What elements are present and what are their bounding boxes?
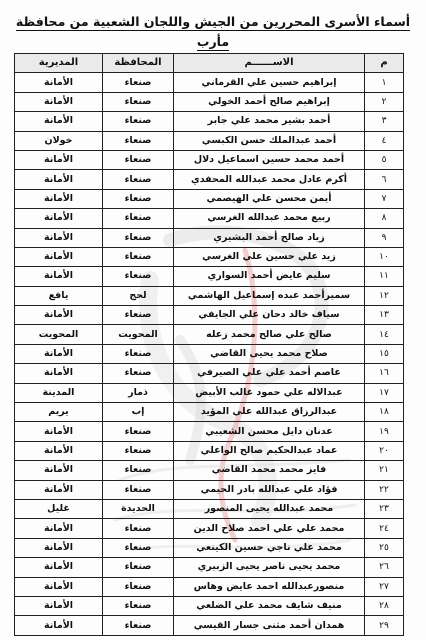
cell-governorate: صنعاء [103, 596, 174, 615]
cell-governorate: صنعاء [103, 616, 174, 635]
cell-number: ١٥ [365, 344, 404, 363]
cell-governorate: صنعاء [103, 577, 174, 596]
table-row: ١٧عبدالاله علي حمود غالب الأبيضذمارالمدي… [15, 383, 404, 402]
cell-governorate: صنعاء [103, 112, 174, 131]
cell-name: صلاح محمد يحيى القاضي [174, 344, 365, 363]
cell-district: الأمانة [15, 170, 103, 189]
cell-governorate: صنعاء [103, 150, 174, 169]
cell-district: الأمانة [15, 92, 103, 111]
cell-governorate: صنعاء [103, 306, 174, 325]
cell-district: الأمانة [15, 577, 103, 596]
cell-number: ٢٧ [365, 577, 404, 596]
cell-district: الأمانة [15, 461, 103, 480]
cell-district: الأمانة [15, 441, 103, 460]
document-title-text: أسماء الأسرى المحررين من الجيش واللجان ا… [16, 14, 410, 51]
cell-district: الأمانة [15, 228, 103, 247]
cell-name: سليم عايض أحمد السواري [174, 267, 365, 286]
cell-number: ٨ [365, 209, 404, 228]
table-row: ١١سليم عايض أحمد السواريصنعاءالأمانة [15, 267, 404, 286]
cell-name: منصورعبدالله احمد عايض وهاس [174, 577, 365, 596]
table-row: ١٢سميرأحمد عبده إسماعيل الهاشميلحجيافع [15, 286, 404, 305]
cell-name: فؤاد علي عبدالله بادر الحيمي [174, 480, 365, 499]
cell-district: الأمانة [15, 306, 103, 325]
cell-governorate: صنعاء [103, 558, 174, 577]
cell-district: الأمانة [15, 596, 103, 615]
cell-number: ١٢ [365, 286, 404, 305]
cell-number: ٢٢ [365, 480, 404, 499]
cell-district: الأمانة [15, 209, 103, 228]
cell-number: ٢٤ [365, 519, 404, 538]
table-row: ٢٥محمد علي ناجي حسين الكينعيصنعاءالأمانة [15, 538, 404, 557]
table-row: ١٦عاصم أحمد علي علي الصيرفيصنعاءالأمانة [15, 364, 404, 383]
cell-district: الأمانة [15, 519, 103, 538]
cell-name: محمد علي علي احمد صلاح الدين [174, 519, 365, 538]
table-row: ٢٩همدان أحمد مثنى جسار القيسيصنعاءالأمان… [15, 616, 404, 635]
cell-name: إبراهيم صالح أحمد الخولي [174, 92, 365, 111]
cell-name: عبدالاله علي حمود غالب الأبيض [174, 383, 365, 402]
cell-governorate: صنعاء [103, 519, 174, 538]
cell-district: الأمانة [15, 480, 103, 499]
column-header-number: م [365, 54, 404, 73]
cell-number: ٢ [365, 92, 404, 111]
cell-name: عاصم أحمد علي علي الصيرفي [174, 364, 365, 383]
cell-district: يريم [15, 403, 103, 422]
table-row: ٢إبراهيم صالح أحمد الخوليصنعاءالأمانة [15, 92, 404, 111]
cell-number: ٧ [365, 189, 404, 208]
cell-name: زيد علي حسين علي الغرسي [174, 247, 365, 266]
cell-district: خولان [15, 131, 103, 150]
table-row: ٦أكرم عادل محمد عبدالله المحفديصنعاءالأم… [15, 170, 404, 189]
cell-governorate: لحج [103, 286, 174, 305]
table-row: ١٤صالح علي صالح محمد زعلهالمحويتالمحويت [15, 325, 404, 344]
cell-name: أحمد محمد حسين اسماعيل دلال [174, 150, 365, 169]
table-row: ٢٣محمد عبدالله يحيى المنصورالحديدةغليل [15, 499, 404, 518]
cell-name: ربيع محمد عبدالله الغرسي [174, 209, 365, 228]
cell-number: ٢١ [365, 461, 404, 480]
cell-name: عدنان دايل محسن الشعيبي [174, 422, 365, 441]
cell-name: محمد يحيى ناصر يحيى الزبيري [174, 558, 365, 577]
cell-governorate: صنعاء [103, 538, 174, 557]
table-row: ٧أيمن محسن علي الهيصميصنعاءالأمانة [15, 189, 404, 208]
cell-governorate: صنعاء [103, 228, 174, 247]
cell-district: الأمانة [15, 558, 103, 577]
table-row: ٩زياد صالح أحمد البشيريصنعاءالأمانة [15, 228, 404, 247]
prisoners-table: م الاســــــم المحافظة المديرية ١إبراهيم… [14, 53, 404, 636]
cell-governorate: صنعاء [103, 170, 174, 189]
table-row: ١إبراهيم حسين علي القرمانيصنعاءالأمانة [15, 73, 404, 92]
cell-name: عماد عبدالحكيم صالح الواعلي [174, 441, 365, 460]
table-row: ١٨عبدالرزاق عبدالله علي المؤيدإبيريم [15, 403, 404, 422]
cell-name: محمد عبدالله يحيى المنصور [174, 499, 365, 518]
cell-governorate: صنعاء [103, 441, 174, 460]
cell-governorate: ذمار [103, 383, 174, 402]
cell-district: الأمانة [15, 538, 103, 557]
cell-name: همدان أحمد مثنى جسار القيسي [174, 616, 365, 635]
cell-number: ٢٠ [365, 441, 404, 460]
cell-district: الأمانة [15, 189, 103, 208]
table-row: ٢٢فؤاد علي عبدالله بادر الحيميصنعاءالأما… [15, 480, 404, 499]
table-row: ٣أحمد بشير محمد علي جابرصنعاءالأمانة [15, 112, 404, 131]
cell-name: أحمد عبدالملك حسن الكبسي [174, 131, 365, 150]
cell-number: ٢٩ [365, 616, 404, 635]
cell-number: ١٨ [365, 403, 404, 422]
cell-governorate: صنعاء [103, 73, 174, 92]
cell-number: ١١ [365, 267, 404, 286]
table-header-row: م الاســــــم المحافظة المديرية [15, 54, 404, 73]
cell-district: الأمانة [15, 422, 103, 441]
column-header-name: الاســــــم [174, 54, 365, 73]
table-row: ١٣سياف خالد دحان علي الجايفيصنعاءالأمانة [15, 306, 404, 325]
cell-number: ٦ [365, 170, 404, 189]
cell-district: الأمانة [15, 73, 103, 92]
cell-governorate: صنعاء [103, 92, 174, 111]
table-row: ٤أحمد عبدالملك حسن الكبسيصنعاءخولان [15, 131, 404, 150]
cell-name: صالح علي صالح محمد زعله [174, 325, 365, 344]
cell-governorate: الحديدة [103, 499, 174, 518]
column-header-governorate: المحافظة [103, 54, 174, 73]
cell-number: ٢٦ [365, 558, 404, 577]
cell-governorate: صنعاء [103, 131, 174, 150]
table-row: ٨ربيع محمد عبدالله الغرسيصنعاءالأمانة [15, 209, 404, 228]
table-row: ٢١فايز محمد محمد القاضيصنعاءالأمانة [15, 461, 404, 480]
cell-name: سياف خالد دحان علي الجايفي [174, 306, 365, 325]
cell-name: عبدالرزاق عبدالله علي المؤيد [174, 403, 365, 422]
cell-governorate: صنعاء [103, 364, 174, 383]
cell-number: ١ [365, 73, 404, 92]
cell-district: المحويت [15, 325, 103, 344]
table-row: ٢٨منيف شايف محمد علي الضلعيصنعاءالأمانة [15, 596, 404, 615]
table-row: ١٥صلاح محمد يحيى القاضيصنعاءالأمانة [15, 344, 404, 363]
table-row: ٢٦محمد يحيى ناصر يحيى الزبيريصنعاءالأمان… [15, 558, 404, 577]
cell-name: سميرأحمد عبده إسماعيل الهاشمي [174, 286, 365, 305]
cell-number: ٥ [365, 150, 404, 169]
cell-governorate: إب [103, 403, 174, 422]
cell-governorate: صنعاء [103, 461, 174, 480]
cell-district: الأمانة [15, 150, 103, 169]
cell-name: محمد علي ناجي حسين الكينعي [174, 538, 365, 557]
cell-governorate: صنعاء [103, 267, 174, 286]
cell-name: أيمن محسن علي الهيصمي [174, 189, 365, 208]
cell-number: ١٦ [365, 364, 404, 383]
cell-district: المدينة [15, 383, 103, 402]
cell-governorate: صنعاء [103, 247, 174, 266]
cell-name: أكرم عادل محمد عبدالله المحفدي [174, 170, 365, 189]
cell-district: الأمانة [15, 247, 103, 266]
cell-governorate: المحويت [103, 325, 174, 344]
cell-district: غليل [15, 499, 103, 518]
table-row: ٥أحمد محمد حسين اسماعيل دلالصنعاءالأمانة [15, 150, 404, 169]
cell-district: الأمانة [15, 267, 103, 286]
cell-name: زياد صالح أحمد البشيري [174, 228, 365, 247]
cell-number: ٢٥ [365, 538, 404, 557]
cell-district: الأمانة [15, 112, 103, 131]
cell-number: ٢٨ [365, 596, 404, 615]
cell-governorate: صنعاء [103, 422, 174, 441]
cell-name: إبراهيم حسين علي القرماني [174, 73, 365, 92]
cell-governorate: صنعاء [103, 189, 174, 208]
cell-district: يافع [15, 286, 103, 305]
cell-number: ١٠ [365, 247, 404, 266]
cell-number: ٩ [365, 228, 404, 247]
cell-name: منيف شايف محمد علي الضلعي [174, 596, 365, 615]
table-row: ٢٠عماد عبدالحكيم صالح الواعليصنعاءالأمان… [15, 441, 404, 460]
cell-number: ١٣ [365, 306, 404, 325]
table-row: ١٩عدنان دايل محسن الشعيبيصنعاءالأمانة [15, 422, 404, 441]
cell-number: ٢٣ [365, 499, 404, 518]
cell-number: ١٤ [365, 325, 404, 344]
table-row: ٢٧منصورعبدالله احمد عايض وهاسصنعاءالأمان… [15, 577, 404, 596]
document-title: أسماء الأسرى المحررين من الجيش واللجان ا… [0, 12, 426, 52]
cell-governorate: صنعاء [103, 209, 174, 228]
cell-district: الأمانة [15, 616, 103, 635]
cell-number: ١٧ [365, 383, 404, 402]
cell-name: فايز محمد محمد القاضي [174, 461, 365, 480]
table-row: ١٠زيد علي حسين علي الغرسيصنعاءالأمانة [15, 247, 404, 266]
cell-governorate: صنعاء [103, 344, 174, 363]
document-page: أسماء الأسرى المحررين من الجيش واللجان ا… [0, 0, 426, 640]
column-header-district: المديرية [15, 54, 103, 73]
cell-number: ٣ [365, 112, 404, 131]
cell-name: أحمد بشير محمد علي جابر [174, 112, 365, 131]
cell-number: ٤ [365, 131, 404, 150]
cell-district: الأمانة [15, 364, 103, 383]
cell-district: الأمانة [15, 344, 103, 363]
cell-governorate: صنعاء [103, 480, 174, 499]
table-row: ٢٤محمد علي علي احمد صلاح الدينصنعاءالأما… [15, 519, 404, 538]
cell-number: ١٩ [365, 422, 404, 441]
